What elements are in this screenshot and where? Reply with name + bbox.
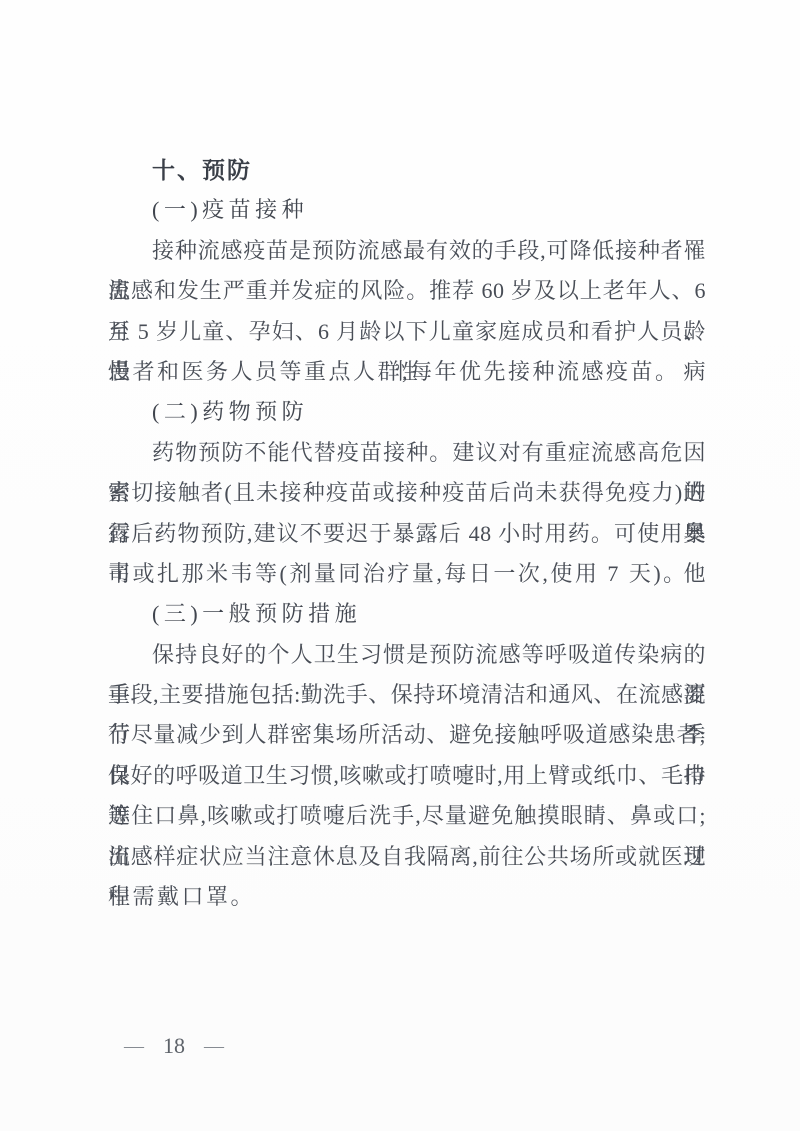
page-number: 18	[163, 1031, 185, 1061]
body-line: 遮住口鼻,咳嗽或打喷嚏后洗手,尽量避免触摸眼睛、鼻或口;出现	[108, 796, 706, 836]
body-line: 节尽量减少到人群密集场所活动、避免接触呼吸道感染患者;保持	[108, 715, 706, 755]
body-line: 患者和医务人员等重点人群,每年优先接种流感疫苗。	[108, 352, 706, 392]
subsection-heading-drug-prevention: (二)药物预防	[108, 392, 706, 432]
body-line: 流感样症状应当注意休息及自我隔离,前往公共场所或就医过程	[108, 837, 706, 877]
body-line: 流感和发生严重并发症的风险。推荐 60 岁及以上老年人、6 月龄	[108, 271, 706, 311]
body-line: 保持良好的个人卫生习惯是预防流感等呼吸道传染病的重要	[108, 635, 706, 675]
body-line: 中需戴口罩。	[108, 877, 706, 917]
body-line: 接种流感疫苗是预防流感最有效的手段,可降低接种者罹患	[108, 231, 706, 271]
footer-left-dash: —	[124, 1031, 144, 1061]
body-line: 韦或扎那米韦等(剂量同治疗量,每日一次,使用 7 天)。	[108, 554, 706, 594]
body-line: 药物预防不能代替疫苗接种。建议对有重症流感高危因素的	[108, 433, 706, 473]
document-page: 十、预防 (一)疫苗接种 接种流感疫苗是预防流感最有效的手段,可降低接种者罹患 …	[0, 0, 800, 1131]
footer-right-dash: —	[204, 1031, 224, 1061]
section-title: 十、预防	[108, 150, 706, 190]
subsection-heading-general-measures: (三)一般预防措施	[108, 594, 706, 634]
body-line: 至 5 岁儿童、孕妇、6 月龄以下儿童家庭成员和看护人员、慢性病	[108, 312, 706, 352]
body-line: 良好的呼吸道卫生习惯,咳嗽或打喷嚏时,用上臂或纸巾、毛巾等	[108, 756, 706, 796]
page-footer: — 18 —	[124, 1031, 224, 1061]
body-line: 手段,主要措施包括:勤洗手、保持环境清洁和通风、在流感流行季	[108, 675, 706, 715]
subsection-heading-vaccination: (一)疫苗接种	[108, 190, 706, 230]
document-body: 十、预防 (一)疫苗接种 接种流感疫苗是预防流感最有效的手段,可降低接种者罹患 …	[108, 150, 706, 917]
body-line: 露后药物预防,建议不要迟于暴露后 48 小时用药。可使用奥司他	[108, 514, 706, 554]
body-line: 密切接触者(且未接种疫苗或接种疫苗后尚未获得免疫力)进行暴	[108, 473, 706, 513]
